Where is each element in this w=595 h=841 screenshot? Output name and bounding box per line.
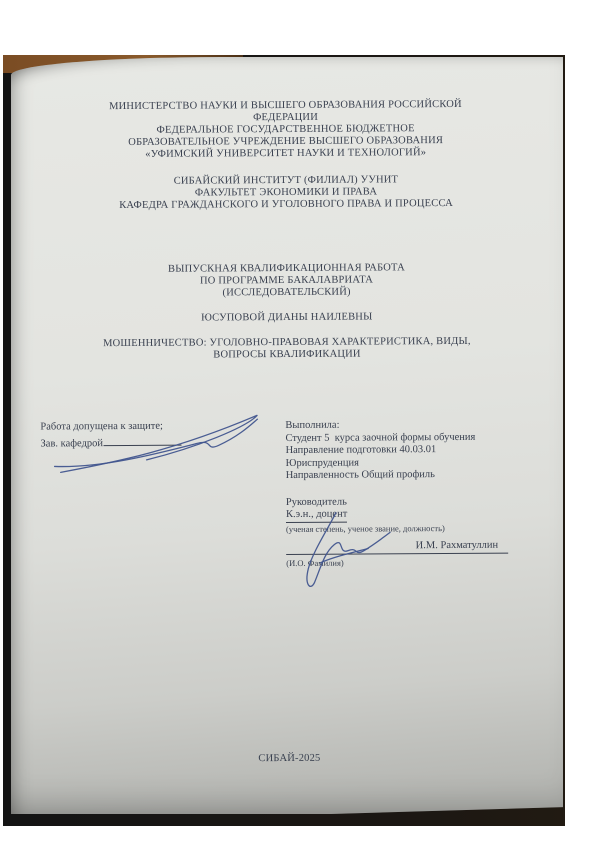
approval-block: Работа допущена к защите; Зав. кафедрой <box>40 420 275 450</box>
profile-line: Направленность Общий профиль <box>286 468 551 482</box>
name-hint: (И.О. Фамилия) <box>286 555 551 569</box>
dean-signature-row: Зав. кафедрой <box>40 434 275 451</box>
work-type-line-3: (ИССЛЕДОВАТЕЛЬСКИЙ) <box>11 285 563 300</box>
supervisor-degree: К.э.н., доцент <box>286 509 347 523</box>
supervisor-name: И.М. Рахматуллин <box>286 538 508 555</box>
dean-label: Зав. кафедрой <box>40 438 103 449</box>
author-name: ЮСУПОВОЙ ДИАНЫ НАИЛЕВНЫ <box>11 310 563 325</box>
document-photo: МИНИСТЕРСТВО НАУКИ И ВЫСШЕГО ОБРАЗОВАНИЯ… <box>3 55 565 826</box>
dean-signature-line <box>103 434 181 445</box>
department-name: КАФЕДРА ГРАЖДАНСКОГО И УГОЛОВНОГО ПРАВА … <box>10 197 562 212</box>
university-name: «УФИМСКИЙ УНИВЕРСИТЕТ НАУКИ И ТЕХНОЛОГИЙ… <box>10 146 562 161</box>
page-content: МИНИСТЕРСТВО НАУКИ И ВЫСШЕГО ОБРАЗОВАНИЯ… <box>9 55 565 815</box>
degree-hint: (ученая степень, ученое звание, должност… <box>286 521 551 535</box>
approval-line: Работа допущена к защите; <box>40 420 275 434</box>
thesis-title-line-2: ВОПРОСЫ КВАЛИФИКАЦИИ <box>11 347 563 362</box>
thesis-title-page: МИНИСТЕРСТВО НАУКИ И ВЫСШЕГО ОБРАЗОВАНИЯ… <box>11 57 563 814</box>
city-year: СИБАЙ-2025 <box>13 751 565 766</box>
performer-block: Выполнила: Студент 5 курса заочной формы… <box>285 418 551 569</box>
